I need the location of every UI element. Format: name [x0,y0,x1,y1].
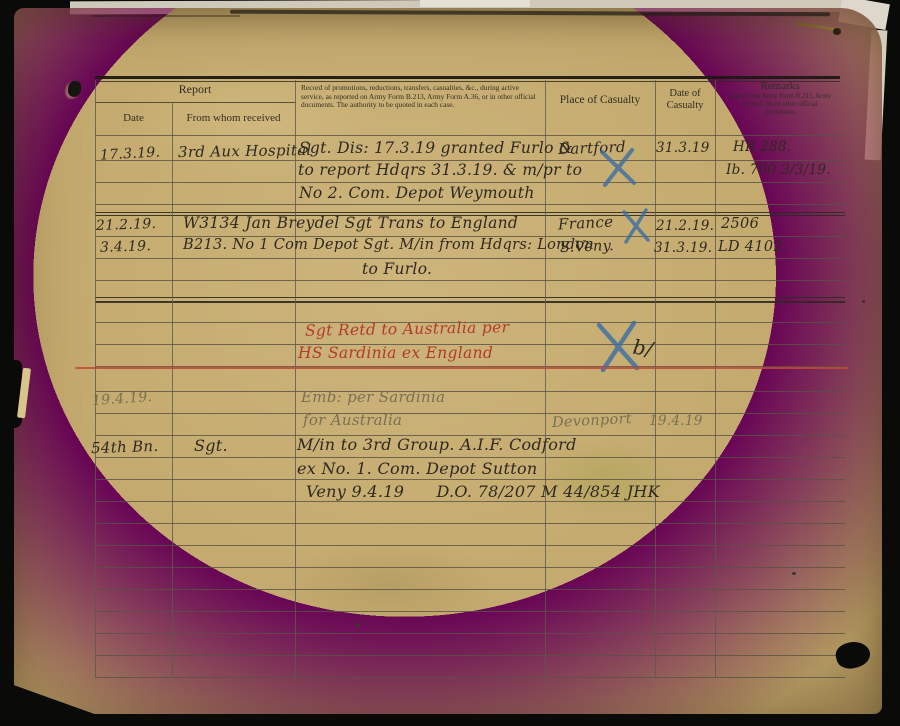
grid-row-line [95,280,845,281]
grid-column-line [295,80,296,678]
grid-separator-line [95,301,845,303]
entry6-record-line2: ex No. 1. Com. Depot Sutton [297,459,538,478]
grid-column-line [172,102,173,678]
column-header-remarks-title: Remarks [715,80,845,92]
entry2-place: France [558,213,614,234]
entry2-remarks: 2506 [721,216,759,232]
report-sub-rule [95,102,295,103]
grid-row-line [95,258,845,259]
entry3-record-line2: to Furlo. [362,260,432,278]
grid-row-line [95,611,845,612]
grid-row-line [95,457,845,458]
paper-speck-3 [792,572,796,575]
entry2-record-line1: W3134 Jan Breydel Sgt Trans to England [183,214,518,232]
grid-row-line [95,523,845,524]
blue-cross-mark-2 [620,207,652,245]
paper-speck-1 [356,623,360,627]
grid-separator-line [95,297,845,298]
grid-row-line [95,479,845,480]
entry3-record-line1: B213. No 1 Com Depot Sgt. M/in from Hdqr… [183,237,594,253]
grid-row-line [95,567,845,568]
grid-column-line [95,80,96,678]
entry5-record-line1: Emb: per Sardinia [301,388,445,406]
entry2-casualty-date: 21.2.19. [656,218,714,234]
grid-column-line [655,80,656,678]
grid-row-line [95,413,845,414]
grid-row-line [95,633,845,634]
entry6-from-whom: Sgt. [194,436,228,455]
grid-separator-line [95,212,845,213]
entry1-date: 17.3.19. [100,144,161,163]
grid-row-line [95,677,845,678]
grid-row-line [95,391,845,392]
entry5-record-line2: for Australia [303,411,402,429]
entry1-remarks-line1: HR 288. [733,139,791,155]
column-header-place: Place of Casualty [545,94,655,106]
entry5-casualty-date: 19.4.19 [649,413,703,429]
grid-row-line [95,589,845,590]
column-header-remarks-sub: Taken from Army Form B.213, Army Form A.… [728,93,832,116]
column-header-date: Date [95,112,172,124]
entry6-record-line3: Veny 9.4.19 D.O. 78/207 M 44/854 JHK [306,482,660,501]
header-bottom-rule [95,135,845,136]
entry1-record-line3: No 2. Com. Depot Weymouth [299,184,535,202]
entry1-remarks-line2: Ib. 700 3/3/19. [726,162,831,178]
entry1-casualty-date: 31.3.19 [656,140,710,156]
paper-speck-2 [862,300,865,303]
entry3-remarks: LD 4102. [718,239,788,255]
grid-column-line [715,80,716,678]
entry1-record-line2: to report Hdqrs 31.3.19. & m/pr to [298,161,582,179]
entry3-casualty-date: 31.3.19. [654,240,712,256]
grid-row-line [95,204,845,205]
staple-pin-head [833,28,841,35]
grid-row-line [95,655,845,656]
entry4-record-line2: HS Sardinia ex England [298,344,493,362]
entry3-place: S.Veny. [560,238,615,256]
scanned-document-page: Report Date From whom received Record of… [0,0,900,726]
underlying-page-tab [420,0,530,7]
entry1-from-whom: 3rd Aux Hospital [178,141,312,161]
entry6-record-line1: M/in to 3rd Group. A.I.F. Codford [297,435,577,454]
column-header-record: Record of promotions, reductions, transf… [301,84,539,110]
red-separator-rule [75,367,848,369]
top-page-shadow-2 [90,15,240,17]
entry1-record-line1: Sgt. Dis: 17.3.19 granted Furlo & [299,139,573,157]
grid-row-line [95,545,845,546]
entry3-date: 3.4.19. [100,238,152,256]
entry2-date: 21.2.19. [96,216,157,234]
column-header-report: Report [95,82,295,97]
table-top-rule [95,76,840,79]
entry6-date: 54th Bn. [91,437,159,457]
entry4-record-line1: Sgt Retd to Australia per [305,318,509,340]
column-header-date-of-casualty: Date of Casualty [657,88,713,112]
blue-cross-mark-3 [593,318,643,374]
blue-cross-mark-1 [597,146,639,188]
column-header-from-whom: From whom received [172,112,295,124]
grid-row-line [95,182,845,183]
grid-row-line [95,501,845,502]
